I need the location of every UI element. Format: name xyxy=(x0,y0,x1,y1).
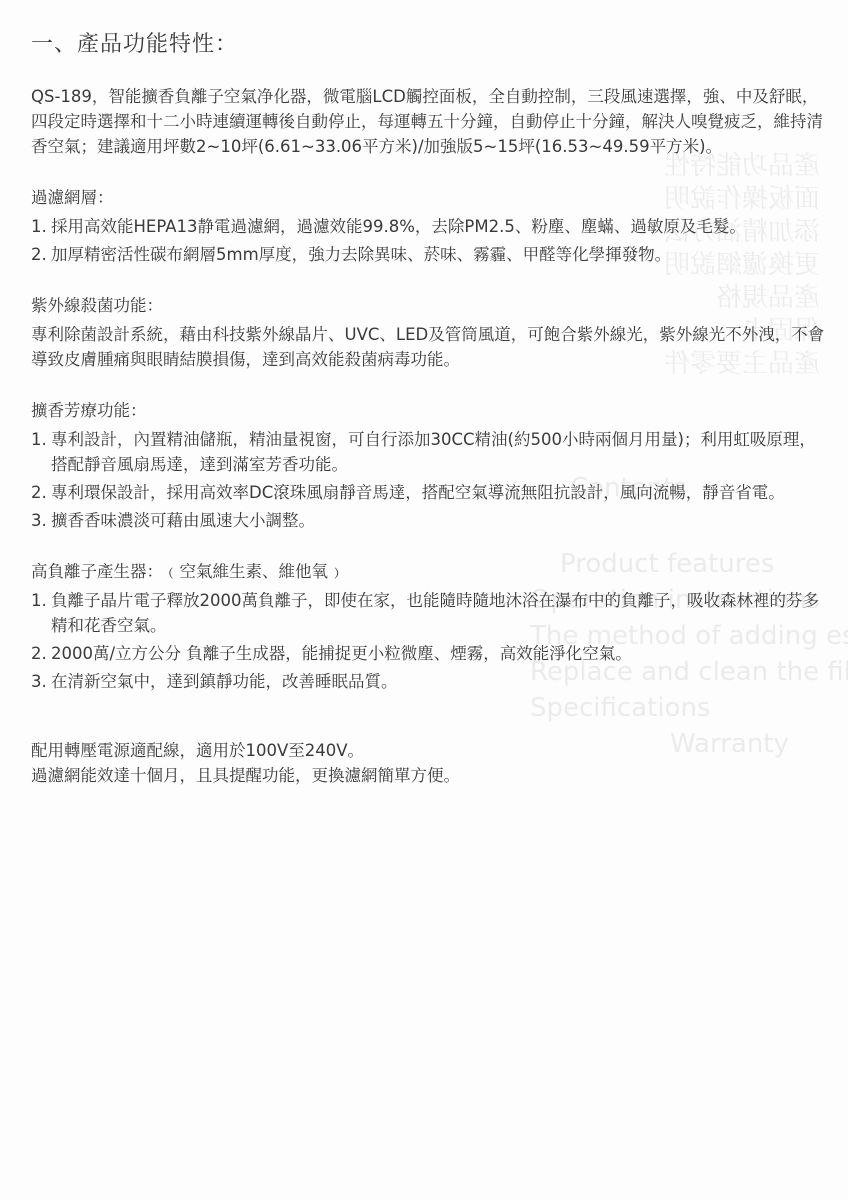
item-text: 專利環保設計，採用高效率DC滾珠風扇靜音馬達，搭配空氣導流無阻抗設計，風向流暢，… xyxy=(51,483,785,502)
list-item: 1.採用高效能HEPA13静電過濾網，過濾效能99.8%，去除PM2.5、粉塵、… xyxy=(31,214,831,239)
note-power: 配用轉壓電源適配線，適用於100V至240V。 xyxy=(31,738,831,763)
item-number: 3. xyxy=(31,669,47,694)
item-text: 在清新空氣中，達到鎮靜功能，改善睡眠品質。 xyxy=(51,672,398,691)
item-number: 1. xyxy=(31,588,47,613)
section-heading: 高負離子產生器：﹙空氣維生素、維他氧﹚ xyxy=(31,559,831,584)
item-number: 2. xyxy=(31,641,47,666)
item-text: 負離子晶片電子釋放2000萬負離子，即使在家，也能隨時隨地沐浴在瀑布中的負離子，… xyxy=(51,591,819,635)
section-ion: 高負離子產生器：﹙空氣維生素、維他氧﹚ 1.負離子晶片電子釋放2000萬負離子，… xyxy=(31,559,831,694)
list-item: 3.在清新空氣中，達到鎮靜功能，改善睡眠品質。 xyxy=(31,669,831,694)
item-number: 3. xyxy=(31,508,47,533)
section-heading: 擴香芳療功能： xyxy=(31,398,831,423)
section-uv: 紫外線殺菌功能： 專利除菌設計系統，藉由科技紫外線晶片、UVC、LED及管筒風道… xyxy=(31,293,831,372)
list-item: 2.加厚精密活性碳布網層5mm厚度，強力去除異味、菸味、霧霾、甲醛等化學揮發物。 xyxy=(31,242,831,267)
item-text: 採用高效能HEPA13静電過濾網，過濾效能99.8%，去除PM2.5、粉塵、塵蟎… xyxy=(51,217,746,236)
intro-paragraph: QS-189，智能擴香負離子空氣净化器，微電腦LCD觸控面板，全自動控制，三段風… xyxy=(31,84,831,159)
list-item: 3.擴香香味濃淡可藉由風速大小調整。 xyxy=(31,508,831,533)
page-title: 一、產品功能特性： xyxy=(31,30,831,60)
item-text: 加厚精密活性碳布網層5mm厚度，強力去除異味、菸味、霧霾、甲醛等化學揮發物。 xyxy=(51,245,671,264)
item-number: 2. xyxy=(31,480,47,505)
note-filter: 過濾網能效達十個月，且具提醒功能，更換濾網簡單方便。 xyxy=(31,763,831,788)
item-text: 2000萬/立方公分 負離子生成器，能捕捉更小粒微塵、煙霧，高效能淨化空氣。 xyxy=(51,644,632,663)
item-text: 擴香香味濃淡可藉由風速大小調整。 xyxy=(51,511,315,530)
item-text: 專利設計，內置精油儲瓶，精油量視窗，可自行添加30CC精油(約500小時兩個月用… xyxy=(51,430,816,474)
list-item: 1.專利設計，內置精油儲瓶，精油量視窗，可自行添加30CC精油(約500小時兩個… xyxy=(31,427,831,477)
feature-list: 1.專利設計，內置精油儲瓶，精油量視窗，可自行添加30CC精油(約500小時兩個… xyxy=(31,427,831,533)
list-item: 2.2000萬/立方公分 負離子生成器，能捕捉更小粒微塵、煙霧，高效能淨化空氣。 xyxy=(31,641,831,666)
item-number: 2. xyxy=(31,242,47,267)
list-item: 1.負離子晶片電子釋放2000萬負離子，即使在家，也能隨時隨地沐浴在瀑布中的負離… xyxy=(31,588,831,638)
section-heading: 過濾網層： xyxy=(31,185,831,210)
section-heading: 紫外線殺菌功能： xyxy=(31,293,831,318)
section-body: 專利除菌設計系統，藉由科技紫外線晶片、UVC、LED及管筒風道，可飽合紫外線光，… xyxy=(31,322,831,372)
item-number: 1. xyxy=(31,427,47,452)
list-item: 2.專利環保設計，採用高效率DC滾珠風扇靜音馬達，搭配空氣導流無阻抗設計，風向流… xyxy=(31,480,831,505)
feature-list: 1.採用高效能HEPA13静電過濾網，過濾效能99.8%，去除PM2.5、粉塵、… xyxy=(31,214,831,267)
document-page: 一、產品功能特性： QS-189，智能擴香負離子空氣净化器，微電腦LCD觸控面板… xyxy=(31,30,831,788)
section-filter: 過濾網層： 1.採用高效能HEPA13静電過濾網，過濾效能99.8%，去除PM2… xyxy=(31,185,831,267)
section-aroma: 擴香芳療功能： 1.專利設計，內置精油儲瓶，精油量視窗，可自行添加30CC精油(… xyxy=(31,398,831,533)
item-number: 1. xyxy=(31,214,47,239)
footer-notes: 配用轉壓電源適配線，適用於100V至240V。 過濾網能效達十個月，且具提醒功能… xyxy=(31,738,831,788)
feature-list: 1.負離子晶片電子釋放2000萬負離子，即使在家，也能隨時隨地沐浴在瀑布中的負離… xyxy=(31,588,831,694)
